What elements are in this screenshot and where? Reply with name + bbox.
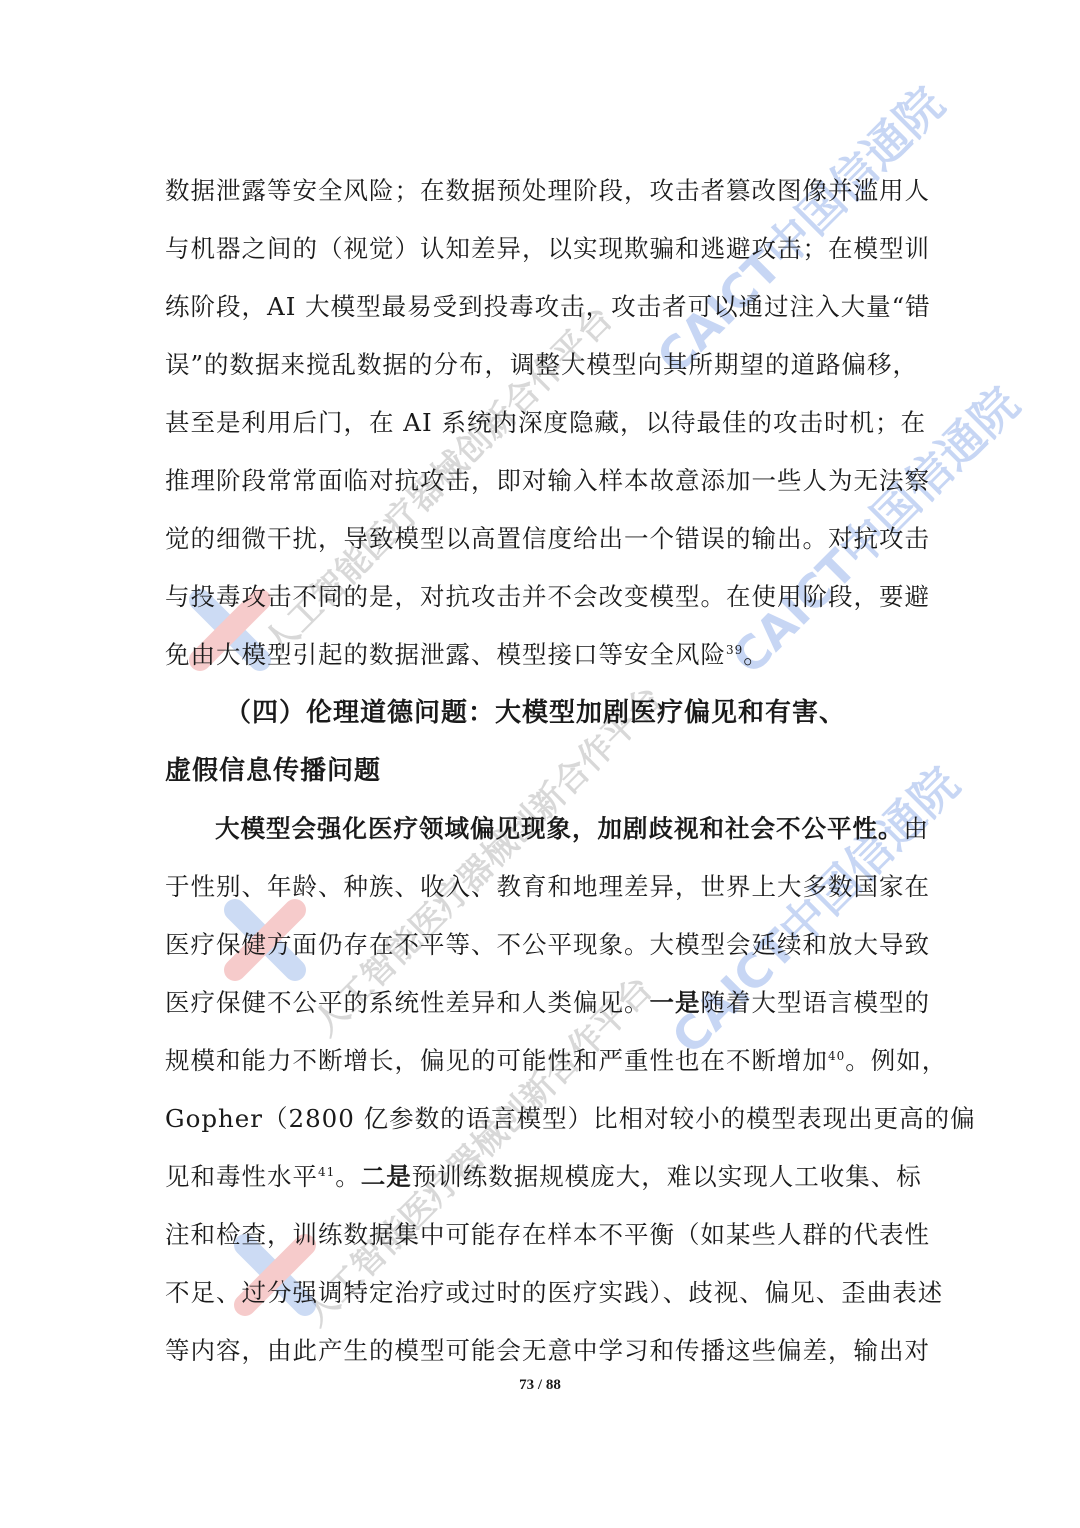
text-line: 与机器之间的（视觉）认知差异，以实现欺骗和逃避攻击；在模型训 bbox=[165, 220, 917, 278]
text-line: 于性别、年龄、种族、收入、教育和地理差异，世界上大多数国家在 bbox=[165, 858, 917, 916]
text-line: 误”的数据来搅乱数据的分布，调整大模型向其所期望的道路偏移， bbox=[165, 336, 917, 394]
text-line: 免由大模型引起的数据泄露、模型接口等安全风险39。 bbox=[165, 626, 917, 684]
text-span: 。例如， bbox=[845, 1046, 947, 1075]
lead-sentence-bold: 大模型会强化医疗领域偏见现象，加剧歧视和社会不公平性。 bbox=[215, 814, 904, 843]
text-span: 随着大型语言模型的 bbox=[701, 988, 931, 1017]
text-line: 注和检查，训练数据集中可能存在样本不平衡（如某些人群的代表性 bbox=[165, 1206, 917, 1264]
text-span: 规模和能力不断增长，偏见的可能性和严重性也在不断增加 bbox=[165, 1046, 828, 1075]
page-number: 73 / 88 bbox=[0, 1377, 1080, 1394]
text-line: 规模和能力不断增长，偏见的可能性和严重性也在不断增加40。例如， bbox=[165, 1032, 917, 1090]
footnote-ref-40[interactable]: 40 bbox=[828, 1049, 845, 1063]
text-span: 。 bbox=[335, 1162, 361, 1191]
document-page: CAICT中国信通院 CAICT中国信通院 CAICT中国信通院 人工智能医疗器… bbox=[0, 0, 1080, 1528]
text-line: 数据泄露等安全风险；在数据预处理阶段，攻击者篡改图像并滥用人 bbox=[165, 162, 917, 220]
text-span: 。 bbox=[743, 640, 769, 669]
text-line: 甚至是利用后门，在 AI 系统内深度隐藏，以待最佳的攻击时机；在 bbox=[165, 394, 917, 452]
point-one-label: 一是 bbox=[650, 988, 701, 1017]
footnote-ref-39[interactable]: 39 bbox=[726, 643, 743, 657]
text-span: 免由大模型引起的数据泄露、模型接口等安全风险 bbox=[165, 640, 726, 669]
text-line: 大模型会强化医疗领域偏见现象，加剧歧视和社会不公平性。由 bbox=[165, 800, 917, 858]
section-heading-line-1: （四）伦理道德问题：大模型加剧医疗偏见和有害、 bbox=[165, 684, 917, 742]
text-line: 推理阶段常常面临对抗攻击，即对输入样本故意添加一些人为无法察 bbox=[165, 452, 917, 510]
text-line: 等内容，由此产生的模型可能会无意中学习和传播这些偏差，输出对 bbox=[165, 1322, 917, 1380]
paragraph-medical-bias: 大模型会强化医疗领域偏见现象，加剧歧视和社会不公平性。由 于性别、年龄、种族、收… bbox=[165, 800, 917, 1380]
paragraph-security-risks: 数据泄露等安全风险；在数据预处理阶段，攻击者篡改图像并滥用人 与机器之间的（视觉… bbox=[165, 162, 917, 684]
text-span: 由 bbox=[904, 814, 930, 843]
document-body: 数据泄露等安全风险；在数据预处理阶段，攻击者篡改图像并滥用人 与机器之间的（视觉… bbox=[165, 162, 917, 1380]
text-line: 不足、过分强调特定治疗或过时的医疗实践）、歧视、偏见、歪曲表述 bbox=[165, 1264, 917, 1322]
text-line: 医疗保健不公平的系统性差异和人类偏见。一是随着大型语言模型的 bbox=[165, 974, 917, 1032]
text-line: 见和毒性水平41。二是预训练数据规模庞大，难以实现人工收集、标 bbox=[165, 1148, 917, 1206]
footnote-ref-41[interactable]: 41 bbox=[318, 1165, 335, 1179]
section-heading-line-2: 虚假信息传播问题 bbox=[165, 742, 917, 800]
text-line: 与投毒攻击不同的是，对抗攻击并不会改变模型。在使用阶段，要避 bbox=[165, 568, 917, 626]
text-line: 医疗保健方面仍存在不平等、不公平现象。大模型会延续和放大导致 bbox=[165, 916, 917, 974]
point-two-label: 二是 bbox=[361, 1162, 412, 1191]
text-line: 练阶段，AI 大模型最易受到投毒攻击，攻击者可以通过注入大量“错 bbox=[165, 278, 917, 336]
text-line: Gopher（2800 亿参数的语言模型）比相对较小的模型表现出更高的偏 bbox=[165, 1090, 917, 1148]
text-span: 医疗保健不公平的系统性差异和人类偏见。 bbox=[165, 988, 650, 1017]
text-span: 预训练数据规模庞大，难以实现人工收集、标 bbox=[412, 1162, 922, 1191]
text-line: 觉的细微干扰，导致模型以高置信度给出一个错误的输出。对抗攻击 bbox=[165, 510, 917, 568]
text-span: 见和毒性水平 bbox=[165, 1162, 318, 1191]
